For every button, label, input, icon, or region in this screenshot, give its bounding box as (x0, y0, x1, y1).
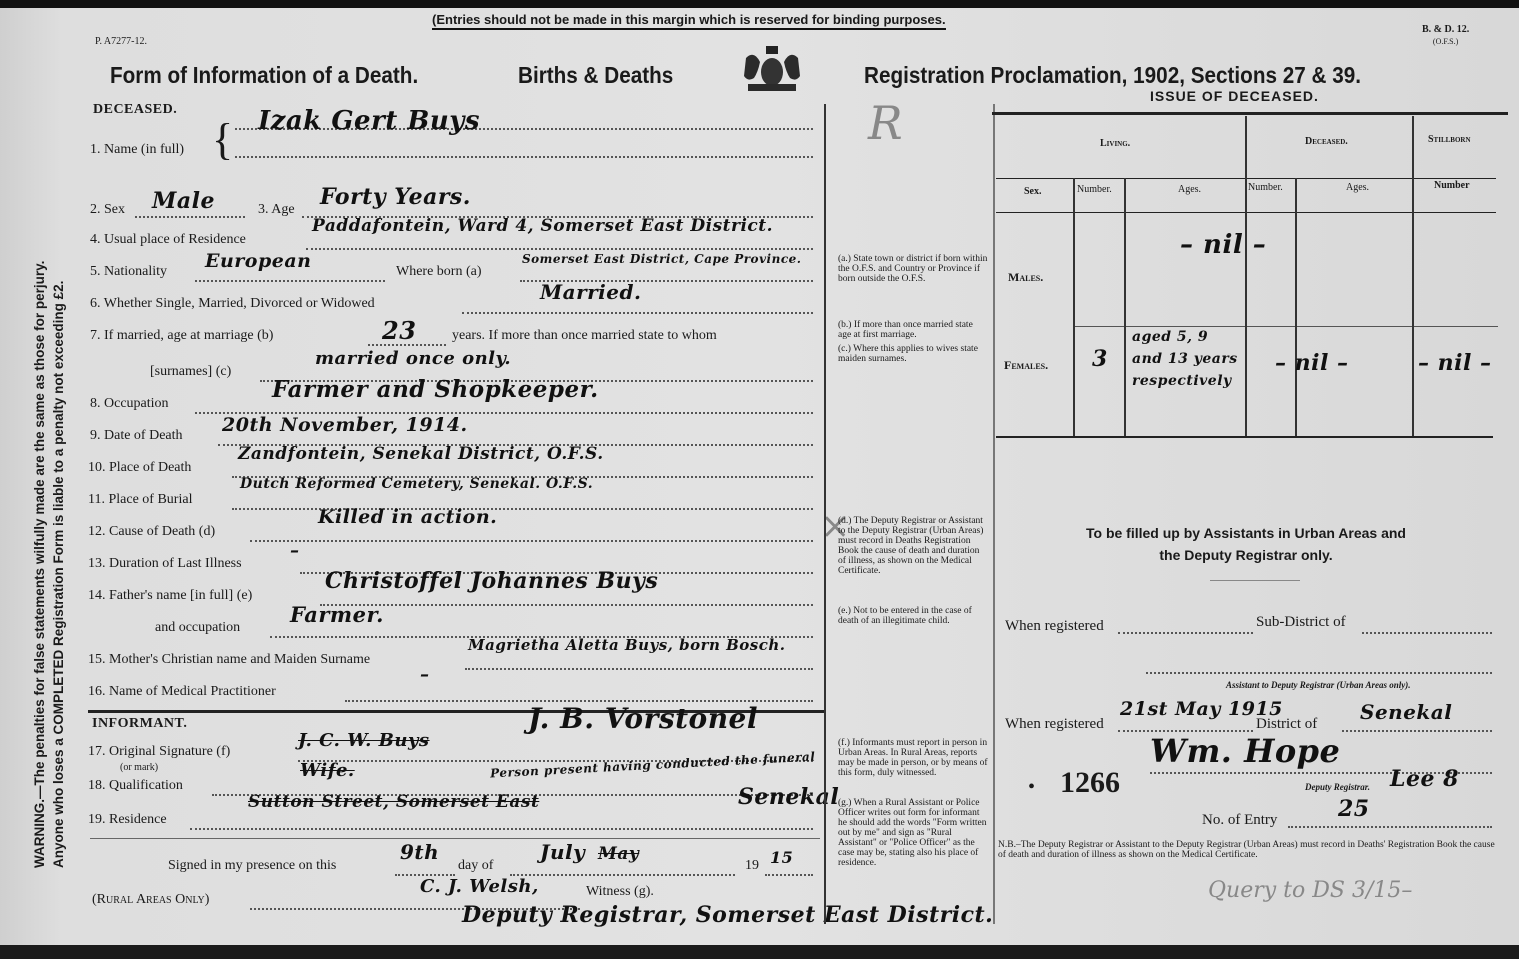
stamp-number: 1266 (1060, 766, 1120, 800)
field-label-residence: 4. Usual place of Residence (90, 232, 246, 248)
sub-district-line (1362, 632, 1492, 634)
row-females-label: Females. (1004, 358, 1048, 373)
col-sex: Sex. (1024, 186, 1042, 197)
entry-value: 25 (1338, 796, 1370, 822)
field-label-marriage-age: 7. If married, age at marriage (b) (90, 328, 273, 344)
entry-line (1288, 826, 1492, 828)
field-label-name: 1. Name (in full) (90, 142, 184, 158)
signature-value: J. B. Vorstonel (528, 702, 758, 735)
field-value-date-of-death: 20th November, 1914. (222, 414, 468, 436)
field-label-place-of-death: 10. Place of Death (88, 460, 191, 476)
form-subtitle: Births & Deaths (518, 62, 673, 89)
pencil-mark-r: R (868, 96, 903, 150)
deputy-signature: Wm. Hope (1150, 732, 1340, 770)
bd-code-line1: B. & D. 12. (1422, 24, 1469, 36)
assistant-line (1146, 672, 1492, 674)
nationality-line (195, 280, 385, 282)
field-value-father-occupation: Farmer. (290, 602, 384, 627)
col-deceased-number: Number. (1248, 182, 1283, 193)
field-label-born: Where born (a) (396, 264, 482, 280)
field-label-date-of-death: 9. Date of Death (90, 428, 183, 444)
field-value-marriage-age: 23 (382, 316, 416, 345)
field-label-father-occupation: and occupation (155, 620, 240, 636)
stamp-bullet: • (1028, 776, 1035, 799)
females-living-number: 3 (1092, 346, 1108, 372)
brace: { (212, 120, 233, 160)
field-label-age: 3. Age (258, 202, 295, 218)
rural-areas-label: (Rural Areas Only) (92, 892, 209, 908)
field-value-surnames: married once only. (315, 348, 511, 369)
field-label-residence-informant: 19. Residence (88, 812, 167, 828)
signed-label: Signed in my presence on this (168, 858, 336, 874)
note-a: (a.) State town or district if born with… (838, 254, 988, 284)
field-value-duration: – (290, 540, 300, 561)
notes-column-left-rule (824, 104, 826, 924)
field-label-cause-of-death: 12. Cause of Death (d) (88, 524, 215, 540)
cause-line (250, 540, 813, 542)
bd-code-line2: (O.F.S.) (1422, 36, 1469, 48)
col-rule-4 (1295, 178, 1297, 436)
bd-code: B. & D. 12. (O.F.S.) (1422, 24, 1469, 48)
group-living: Living. (1100, 138, 1130, 149)
signed-day-value: 9th (400, 840, 439, 864)
males-living-ages: – nil – (1180, 230, 1266, 260)
field-value-medical-practitioner: – (420, 664, 430, 685)
note-b: (b.) If more than once married state age… (838, 320, 988, 340)
assistant-caption: Assistant to Deputy Registrar (Urban Are… (1226, 680, 1410, 690)
witness-label: Witness (g). (586, 884, 654, 900)
district-value: Senekal (1360, 700, 1452, 724)
col-living-number: Number. (1077, 184, 1112, 195)
col-rule-3 (1245, 116, 1247, 436)
field-value-mother: Magrietha Aletta Buys, born Bosch. (468, 636, 786, 654)
day-of-label: day of (458, 858, 493, 874)
group-deceased: Deceased. (1305, 136, 1348, 147)
registrar-heading-rule (1210, 580, 1300, 581)
females-stillborn-number: – nil – (1418, 350, 1492, 376)
signed-divider (90, 838, 820, 839)
col-rule-5 (1412, 116, 1414, 436)
mother-line (465, 668, 813, 670)
field-label-more-than-once: years. If more than once married state t… (452, 328, 717, 344)
qualification-struck: Wife. (300, 760, 355, 781)
field-value-nationality: European (205, 250, 311, 272)
signature-struck: J. C. W. Buys (298, 730, 430, 751)
females-living-ages: aged 5, 9 and 13 years respectively (1132, 326, 1242, 392)
deputy-extra: Lee 8 (1390, 766, 1459, 792)
field-value-place-of-death: Zandfontein, Senekal District, O.F.S. (238, 444, 604, 464)
field-label-duration: 13. Duration of Last Illness (88, 556, 242, 572)
field-label-medical-practitioner: 16. Name of Medical Practitioner (88, 684, 276, 700)
when-registered-label-2: When registered (1005, 716, 1104, 733)
issue-top-rule (992, 112, 1508, 115)
when-registered-line-1 (1118, 632, 1253, 634)
field-label-sex: 2. Sex (90, 202, 125, 218)
section-informant: INFORMANT. (92, 716, 187, 732)
sub-district-label: Sub-District of (1256, 614, 1346, 631)
col-deceased-ages: Ages. (1346, 182, 1369, 193)
year-line (765, 874, 813, 876)
table-bottom-rule (996, 436, 1493, 438)
signed-month-line (510, 874, 735, 876)
registrar-heading: To be filled up by Assistants in Urban A… (1026, 522, 1466, 566)
entry-label: No. of Entry (1202, 812, 1277, 829)
royal-crest-icon (742, 44, 802, 94)
proclamation-title: Registration Proclamation, 1902, Section… (864, 62, 1361, 89)
qualification-value: Person present having conducted the fune… (490, 749, 816, 780)
field-value-name: Izak Gert Buys (258, 106, 480, 136)
district-label: District of (1256, 716, 1317, 733)
field-label-surnames: [surnames] (c) (150, 364, 231, 380)
note-e: (e.) Not to be entered in the case of de… (838, 606, 988, 626)
form-code: P. A7277-12. (95, 36, 147, 47)
residence-struck: Sutton Street, Somerset East (248, 792, 539, 812)
field-label-place-of-burial: 11. Place of Burial (88, 492, 192, 508)
females-deceased-ages: – nil – (1275, 350, 1349, 376)
warning-line2: Anyone who loses a COMPLETED Registratio… (49, 261, 68, 868)
father-line (320, 604, 813, 606)
year-prefix: 19 (745, 858, 759, 874)
field-label-occupation: 8. Occupation (90, 396, 169, 412)
field-label-mother: 15. Mother's Christian name and Maiden S… (88, 652, 370, 668)
col-living-ages: Ages. (1178, 184, 1201, 195)
field-label-marital: 6. Whether Single, Married, Divorced or … (90, 296, 375, 312)
nb-note: N.B.–The Deputy Registrar or Assistant t… (998, 840, 1498, 860)
field-label-father: 14. Father's name [in full] (e) (88, 588, 252, 604)
warning-line1: WARNING.—The penalties for false stateme… (30, 261, 49, 868)
field-value-cause-of-death: Killed in action. (318, 506, 497, 528)
binding-edge-bottom (0, 945, 1519, 959)
note-f: (f.) Informants must report in person in… (838, 738, 988, 778)
issue-title: ISSUE OF DECEASED. (1150, 88, 1319, 104)
section-deceased: DECEASED. (93, 102, 177, 118)
year-suffix: 15 (770, 848, 793, 867)
deputy-caption: Deputy Registrar. (1305, 782, 1370, 792)
witness-signature: C. J. Welsh, (420, 876, 539, 897)
signed-month-struck: May (598, 844, 639, 864)
row-males-label: Males. (1008, 270, 1043, 285)
when-registered-label-1: When registered (1005, 618, 1104, 635)
marital-line (462, 312, 813, 314)
field-value-born: Somerset East District, Cape Province. (522, 252, 801, 266)
col-rule-2 (1124, 178, 1126, 436)
field-value-sex: Male (152, 188, 215, 214)
binding-margin-note: (Entries should not be made in this marg… (432, 12, 946, 30)
note-d: (d.) The Deputy Registrar or Assistant t… (838, 516, 988, 576)
residence-line (306, 248, 813, 250)
field-label-or-mark: (or mark) (120, 762, 158, 773)
name-line-2 (235, 156, 813, 158)
col-rule-1 (1073, 178, 1075, 436)
sex-line (135, 216, 245, 218)
note-g: (g.) When a Rural Assistant or Police Of… (838, 798, 988, 868)
field-value-marital: Married. (540, 280, 641, 304)
note-c: (c.) Where this applies to wives state m… (838, 344, 988, 364)
field-value-father: Christoffel Johannes Buys (325, 568, 658, 594)
death-form-page: (Entries should not be made in this marg… (0, 8, 1519, 953)
field-value-age: Forty Years. (320, 184, 471, 210)
form-title: Form of Information of a Death. (110, 62, 418, 89)
perjury-warning: WARNING.—The penalties for false stateme… (30, 261, 68, 868)
notes-column-right-rule (993, 104, 995, 924)
col-stillborn-number: Number (1434, 180, 1470, 191)
pencil-query-note: Query to DS 3/15– (1208, 878, 1412, 903)
field-value-residence: Paddafontein, Ward 4, Somerset East Dist… (312, 216, 773, 236)
group-stillborn: Stillborn (1428, 134, 1471, 145)
field-value-place-of-burial: Dutch Reformed Cemetery, Senekal. O.F.S. (240, 476, 593, 492)
field-value-occupation: Farmer and Shopkeeper. (272, 376, 599, 403)
field-label-signature: 17. Original Signature (f) (88, 744, 230, 760)
registrar-heading-line2: the Deputy Registrar only. (1026, 544, 1466, 566)
registrar-heading-line1: To be filled up by Assistants in Urban A… (1026, 522, 1466, 544)
field-label-qualification: 18. Qualification (88, 778, 183, 794)
field-label-nationality: 5. Nationality (90, 264, 167, 280)
informant-residence-line (190, 828, 813, 830)
signed-month-value: July (540, 840, 585, 864)
witness-title: Deputy Registrar, Somerset East District… (462, 902, 993, 928)
district-line (1342, 730, 1492, 732)
